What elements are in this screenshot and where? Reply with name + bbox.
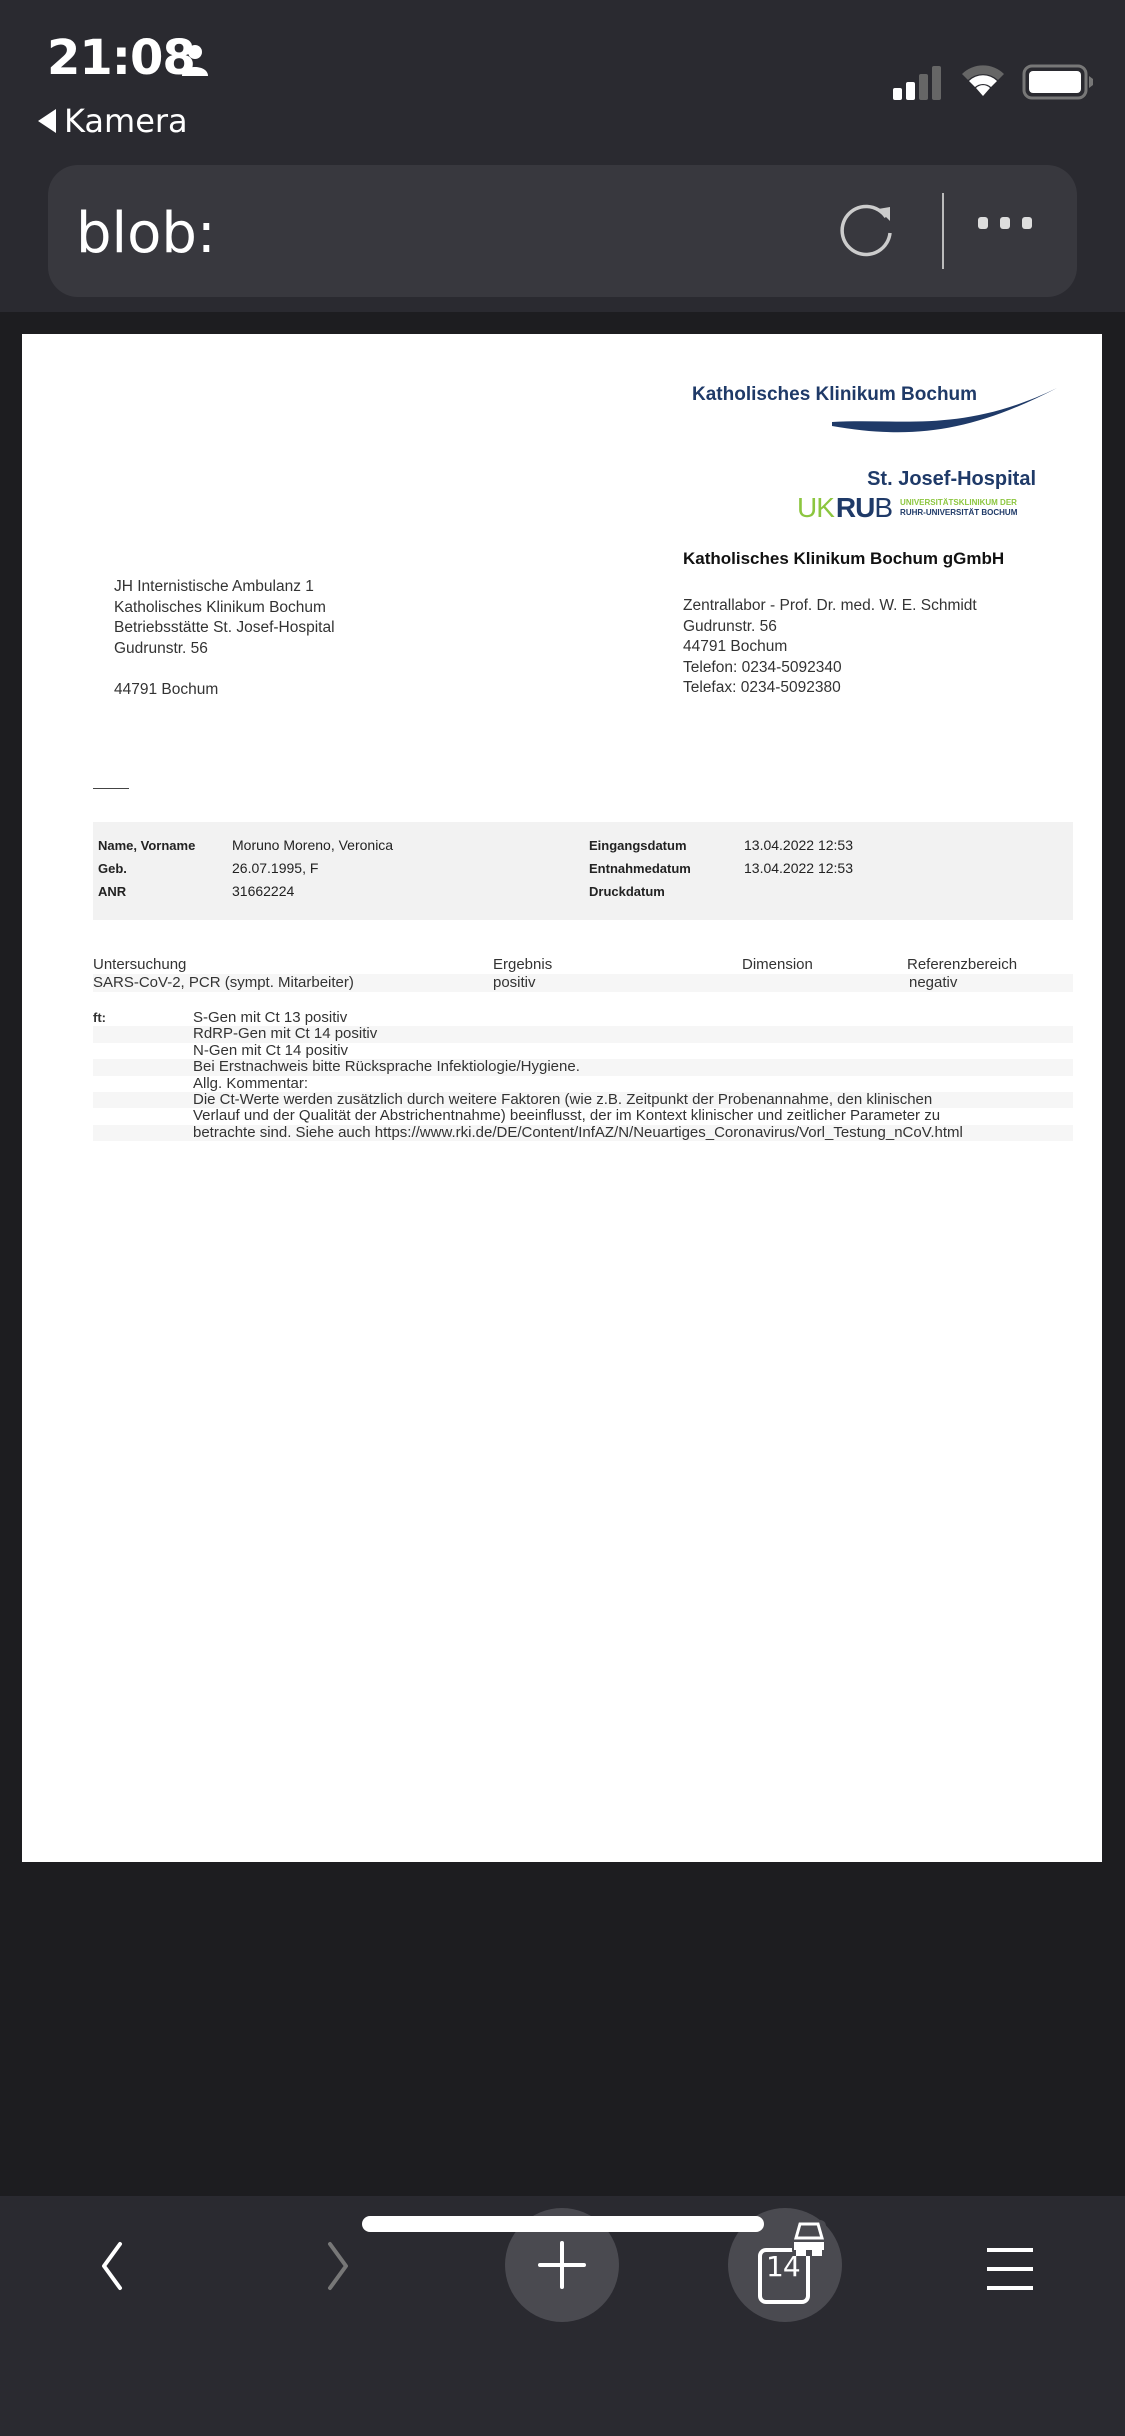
cellular-signal-icon xyxy=(893,66,945,100)
browser-bottom-toolbar: 14 xyxy=(0,2196,1125,2436)
results-table: Untersuchung Ergebnis Dimension Referenz… xyxy=(93,956,1073,992)
back-to-app-link[interactable]: Kamera xyxy=(38,102,188,140)
patient-anr: 31662224 xyxy=(232,883,294,899)
sampled-date: 13.04.2022 12:53 xyxy=(744,860,853,876)
address-bar[interactable]: blob: xyxy=(48,165,1077,297)
more-options-icon[interactable] xyxy=(978,217,1032,229)
person-icon xyxy=(180,44,210,76)
sender-title: Katholisches Klinikum Bochum gGmbH xyxy=(683,549,1004,569)
logo-swoosh-icon xyxy=(812,384,1062,444)
patient-name: Moruno Moreno, Veronica xyxy=(232,837,393,853)
url-text[interactable]: blob: xyxy=(76,201,216,266)
home-indicator[interactable] xyxy=(362,2216,764,2232)
wifi-icon xyxy=(960,62,1006,98)
battery-icon xyxy=(1022,64,1094,100)
fold-mark xyxy=(93,788,129,789)
logo-hospital-name: St. Josef-Hospital xyxy=(867,468,1036,491)
back-app-label: Kamera xyxy=(64,102,188,140)
patient-dob: 26.07.1995, F xyxy=(232,860,318,876)
received-date: 13.04.2022 12:53 xyxy=(744,837,853,853)
chevron-left-icon[interactable] xyxy=(92,2236,132,2296)
recipient-address: JH Internistische Ambulanz 1 Katholische… xyxy=(114,577,335,700)
results-header-row: Untersuchung Ergebnis Dimension Referenz… xyxy=(93,956,1073,974)
sender-address: Zentrallabor - Prof. Dr. med. W. E. Schm… xyxy=(683,596,977,699)
plus-icon xyxy=(537,2240,587,2290)
status-time: 21:08 xyxy=(47,30,195,86)
uk-rub-logo: UK RUB UNIVERSITÄTSKLINIKUM DER RUHR-UNI… xyxy=(797,492,1017,524)
pdf-document-page: Katholisches Klinikum Bochum St. Josef-H… xyxy=(22,334,1102,1862)
hamburger-menu-icon[interactable] xyxy=(985,2246,1035,2292)
back-triangle-icon xyxy=(38,109,56,133)
remarks-section: ft:S-Gen mit Ct 13 positiv RdRP-Gen mit … xyxy=(93,1010,1073,1141)
reload-icon[interactable] xyxy=(838,201,898,261)
browser-top-chrome: 21:08 Kamera blob: xyxy=(0,0,1125,312)
chevron-right-icon[interactable] xyxy=(318,2236,358,2296)
tab-count: 14 xyxy=(766,2250,800,2283)
url-divider xyxy=(942,193,944,269)
patient-info-box: Name, Vorname Moruno Moreno, Veronica Ge… xyxy=(93,822,1073,920)
table-row: SARS-CoV-2, PCR (sympt. Mitarbeiter) pos… xyxy=(93,974,1073,992)
